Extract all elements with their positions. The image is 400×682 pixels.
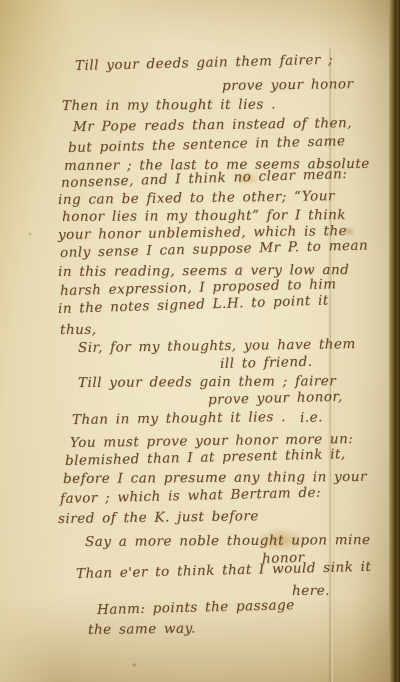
manuscript-line: Hanm: points the passage bbox=[97, 597, 295, 618]
manuscript-line: the same way. bbox=[88, 620, 196, 638]
manuscript-line: favor ; which is what Bertram de: bbox=[60, 485, 321, 507]
manuscript-line: here. bbox=[292, 583, 330, 599]
manuscript-line: Sir, for my thoughts, you have them bbox=[78, 336, 356, 356]
manuscript-line: prove your honor bbox=[222, 76, 354, 94]
manuscript-line: Than e'er to think that I would sink it bbox=[76, 559, 372, 582]
manuscript-line: thus, bbox=[60, 322, 97, 338]
manuscript-line: before I can presume any thing in your bbox=[63, 469, 367, 487]
manuscript-line: Till your deeds gain them ; fairer bbox=[78, 373, 336, 391]
manuscript-line: Say a more noble thought upon mine bbox=[85, 532, 371, 550]
manuscript-line: ill to friend. bbox=[220, 354, 313, 372]
manuscript-line: Than in my thought it lies . bbox=[72, 409, 286, 428]
manuscript-line: Till your deeds gain them fairer ; bbox=[75, 52, 334, 74]
manuscript-line: prove your honor, bbox=[208, 389, 343, 408]
manuscript-scan-page: Till your deeds gain them fairer ;prove … bbox=[0, 0, 400, 682]
manuscript-line: Then in my thought it lies . bbox=[62, 97, 276, 114]
manuscript-line: Mr Pope reads than instead of then, bbox=[73, 115, 352, 135]
manuscript-line: sired of the K. just before bbox=[58, 508, 259, 527]
manuscript-line: honor lies in my thought” for I think bbox=[62, 207, 346, 225]
manuscript-line: but points the sentence in the same bbox=[68, 133, 346, 156]
handwriting-layer: Till your deeds gain them fairer ;prove … bbox=[0, 0, 400, 682]
manuscript-line: ing can be fixed to the other; “Your bbox=[58, 188, 335, 208]
manuscript-line: i.e. bbox=[300, 409, 323, 426]
